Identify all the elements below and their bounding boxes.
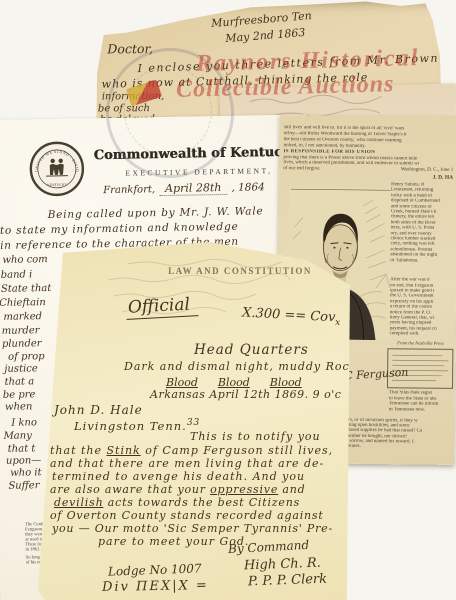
edge-fragment: that t [8, 443, 36, 454]
handwritten-line: and that there are men living that are d… [50, 457, 324, 470]
handwritten-line: that the Stink of Camp Ferguson still li… [50, 444, 333, 457]
edge-fragment: State that [1, 283, 52, 295]
edge-fragment: Many [3, 430, 31, 441]
news-column-2: That Silas Hale regist to leave the Stat… [389, 390, 453, 413]
news-bottom-paragraph: Champ's, or of incursion spirits, if the… [334, 418, 452, 450]
edge-fragment: murder [2, 325, 40, 337]
closing-line: High Ch. R. [244, 556, 321, 574]
lodge-line: Lodge No 1007 [108, 561, 202, 578]
headquarters-line: Head Quarters [194, 342, 309, 358]
news-column: Henry Subins, R Lieutenant, returning lu… [390, 182, 456, 337]
edge-fragment: justice [4, 363, 38, 375]
letter-date: May 2nd 1863 [225, 26, 306, 45]
handwritten-line: Being called upon by Mr. J. W. Wale [48, 205, 264, 221]
edge-fragment: of prop [8, 351, 45, 363]
closing-line: P. P. P. Clerk [248, 572, 328, 590]
law-constitution-notice: LAW AND CONSTITUTION Official X.300 == C… [38, 242, 350, 600]
handwritten-line: are also aware that your oppressive and [50, 483, 306, 496]
recipient-place: Livingston Tenn.33 [74, 418, 200, 433]
handwritten-line: of Overton County stands recorded agains… [50, 509, 324, 522]
auction-photo: Murfreesboro Ten May 2nd 1863 Doctor, I … [0, 0, 456, 600]
dateline-year: , 1864 [231, 181, 265, 194]
handwritten-line: you — Our motto 'Sic Semper Tyrannis' Pr… [52, 522, 333, 535]
handwritten-line: termined to avenge his death. And you [52, 470, 305, 483]
edge-fragment: band i [1, 269, 33, 281]
edge-fragment: marked [3, 311, 42, 323]
dateline-place: Frankfort, [103, 184, 155, 196]
news-byline: J. D. HA [283, 173, 453, 181]
edge-fragment: be pre [3, 389, 36, 401]
seal-state: KENTUCKY [47, 183, 67, 187]
law-masthead: LAW AND CONSTITUTION [134, 266, 346, 276]
kentucky-seal: UNITED WE STAND · DIVIDED WE FALL KENTUC… [28, 140, 85, 197]
handwritten-line: This is to notify you [190, 430, 321, 443]
handwritten-line: to state my information and knowledge [0, 221, 239, 237]
edge-fragment: I kno [11, 417, 37, 428]
edge-fragment: that a [4, 376, 34, 388]
kentucky-masthead: Commonwealth of Kentucky. [91, 145, 305, 164]
handwritten-line: I enclose you three letters from Mr. Bro… [137, 52, 439, 76]
edge-fragment: upon— [6, 455, 41, 467]
edge-fragment: who it [10, 467, 42, 479]
dateline-date: April 28th [159, 181, 228, 196]
letter-salutation: Doctor, [107, 41, 153, 56]
news-paragraph: still lives' and will live to. for it is… [283, 125, 453, 174]
law-dateline: Arkansas April 12th 1869. 9 o'c [150, 388, 341, 401]
cipher-line: Div ΠΕΧ|X = [102, 578, 209, 595]
kentucky-dateline: Frankfort, April 28th , 1864 [103, 177, 265, 198]
nashville-header: From the Nashville Press [387, 340, 453, 346]
handwritten-line: devilish acts towards the best Citizens [54, 496, 300, 509]
news-dateline: Washington, D. C., June 1 [401, 168, 453, 174]
recipient-name: John D. Hale [54, 403, 143, 417]
edge-fragment: when [5, 401, 33, 412]
edge-fragment: be of such [98, 103, 150, 114]
edge-fragment: Chieftain [0, 297, 46, 309]
motto-line: Dark and dismal night, muddy Rock. [124, 360, 362, 373]
edge-fragment: who com [2, 254, 47, 266]
kentucky-department: EXECUTIVE DEPARTMENT, [111, 166, 287, 178]
edge-fragment: Suffer [8, 480, 39, 492]
edge-fragment: plunder [2, 338, 42, 350]
closing-line: By Command [228, 538, 310, 556]
official-script: Official [125, 294, 198, 320]
